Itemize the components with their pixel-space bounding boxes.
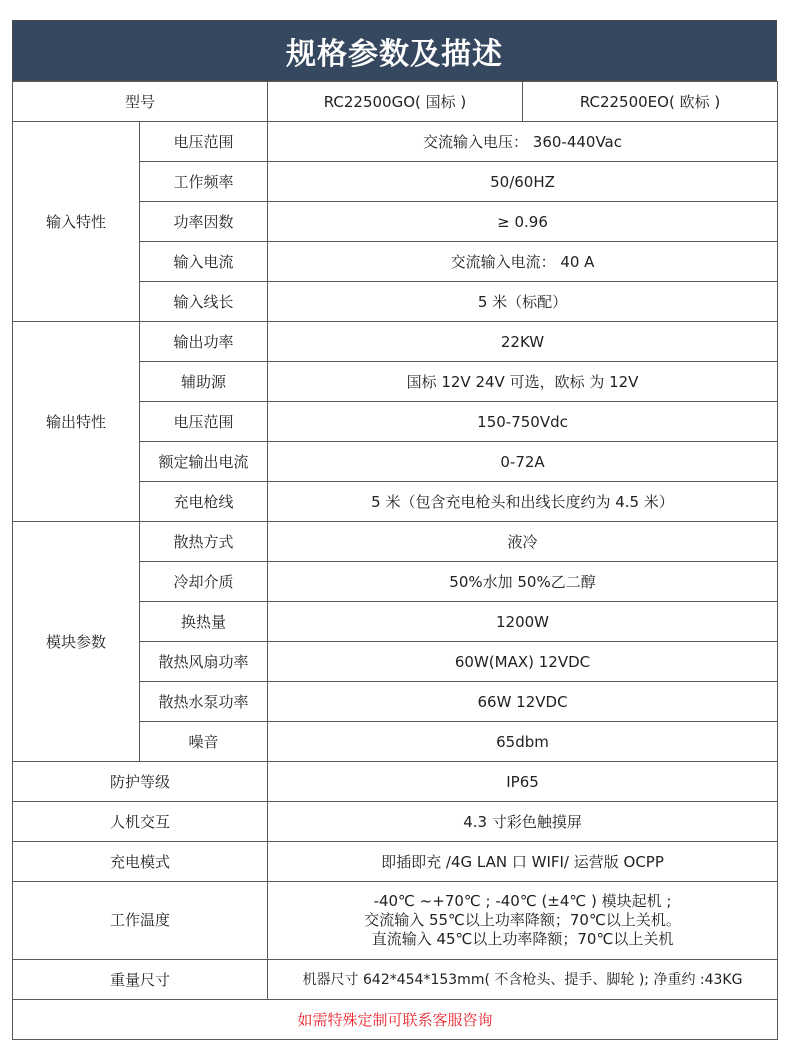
param-name: 工作频率 (140, 162, 268, 202)
param-name: 充电枪线 (140, 482, 268, 522)
param-name: 功率因数 (140, 202, 268, 242)
param-name: 换热量 (140, 602, 268, 642)
param-name: 电压范围 (140, 402, 268, 442)
param-value: 50%水加 50%乙二醇 (268, 562, 778, 602)
group-label-module: 模块参数 (13, 522, 140, 762)
table-row: 重量尺寸 机器尺寸 642*454*153mm( 不含枪头、提手、脚轮 ); 净… (13, 960, 778, 1000)
param-name: 防护等级 (13, 762, 268, 802)
table-row: 模块参数 散热方式 液冷 (13, 522, 778, 562)
param-name: 额定输出电流 (140, 442, 268, 482)
param-name: 充电模式 (13, 842, 268, 882)
param-value: 66W 12VDC (268, 682, 778, 722)
table-row: 防护等级 IP65 (13, 762, 778, 802)
param-value: 60W(MAX) 12VDC (268, 642, 778, 682)
param-name: 电压范围 (140, 122, 268, 162)
param-name: 散热风扇功率 (140, 642, 268, 682)
param-value: 液冷 (268, 522, 778, 562)
model-label: 型号 (13, 82, 268, 122)
custom-note: 如需特殊定制可联系客服咨询 (13, 1000, 778, 1040)
param-name: 噪音 (140, 722, 268, 762)
param-name: 输入电流 (140, 242, 268, 282)
table-row: 充电模式 即插即充 /4G LAN 口 WIFI/ 运营版 OCPP (13, 842, 778, 882)
param-value-temperature: -40℃ ~+70℃ ; -40℃ (±4℃ ) 模块起机 ; 交流输入 55℃… (268, 882, 778, 960)
model-row: 型号 RC22500GO( 国标 ) RC22500EO( 欧标 ) (13, 82, 778, 122)
param-name: 人机交互 (13, 802, 268, 842)
param-name: 冷却介质 (140, 562, 268, 602)
spec-table: 型号 RC22500GO( 国标 ) RC22500EO( 欧标 ) 输入特性 … (12, 81, 778, 1040)
param-value: 65dbm (268, 722, 778, 762)
table-row: 输出特性 输出功率 22KW (13, 322, 778, 362)
param-name: 工作温度 (13, 882, 268, 960)
group-label-output: 输出特性 (13, 322, 140, 522)
param-value: 国标 12V 24V 可选，欧标 为 12V (268, 362, 778, 402)
param-name: 输入线长 (140, 282, 268, 322)
table-row: 输入特性 电压范围 交流输入电压： 360-440Vac (13, 122, 778, 162)
param-value: 机器尺寸 642*454*153mm( 不含枪头、提手、脚轮 ); 净重约 :4… (268, 960, 778, 1000)
table-row: 人机交互 4.3 寸彩色触摸屏 (13, 802, 778, 842)
param-value: 0-72A (268, 442, 778, 482)
param-value: ≥ 0.96 (268, 202, 778, 242)
param-name: 辅助源 (140, 362, 268, 402)
param-value: 22KW (268, 322, 778, 362)
temperature-line: 直流输入 45℃以上功率降额；70℃以上关机 (268, 930, 777, 949)
group-label-input: 输入特性 (13, 122, 140, 322)
model-eu: RC22500EO( 欧标 ) (523, 82, 778, 122)
param-name: 重量尺寸 (13, 960, 268, 1000)
param-name: 散热水泵功率 (140, 682, 268, 722)
param-name: 散热方式 (140, 522, 268, 562)
param-value: 4.3 寸彩色触摸屏 (268, 802, 778, 842)
param-value: 交流输入电压： 360-440Vac (268, 122, 778, 162)
spec-sheet: 规格参数及描述 型号 RC22500GO( 国标 ) RC22500EO( 欧标… (12, 20, 777, 1040)
temperature-line: 交流输入 55℃以上功率降额；70℃以上关机。 (268, 911, 777, 930)
param-value: IP65 (268, 762, 778, 802)
page-title: 规格参数及描述 (12, 20, 777, 81)
param-value: 150-750Vdc (268, 402, 778, 442)
param-value: 50/60HZ (268, 162, 778, 202)
model-gb: RC22500GO( 国标 ) (268, 82, 523, 122)
param-value: 5 米（标配） (268, 282, 778, 322)
param-value: 5 米（包含充电枪头和出线长度约为 4.5 米） (268, 482, 778, 522)
note-row: 如需特殊定制可联系客服咨询 (13, 1000, 778, 1040)
param-value: 交流输入电流： 40 A (268, 242, 778, 282)
param-value: 即插即充 /4G LAN 口 WIFI/ 运营版 OCPP (268, 842, 778, 882)
param-name: 输出功率 (140, 322, 268, 362)
temperature-line: -40℃ ~+70℃ ; -40℃ (±4℃ ) 模块起机 ; (268, 892, 777, 911)
param-value: 1200W (268, 602, 778, 642)
table-row-temperature: 工作温度 -40℃ ~+70℃ ; -40℃ (±4℃ ) 模块起机 ; 交流输… (13, 882, 778, 960)
